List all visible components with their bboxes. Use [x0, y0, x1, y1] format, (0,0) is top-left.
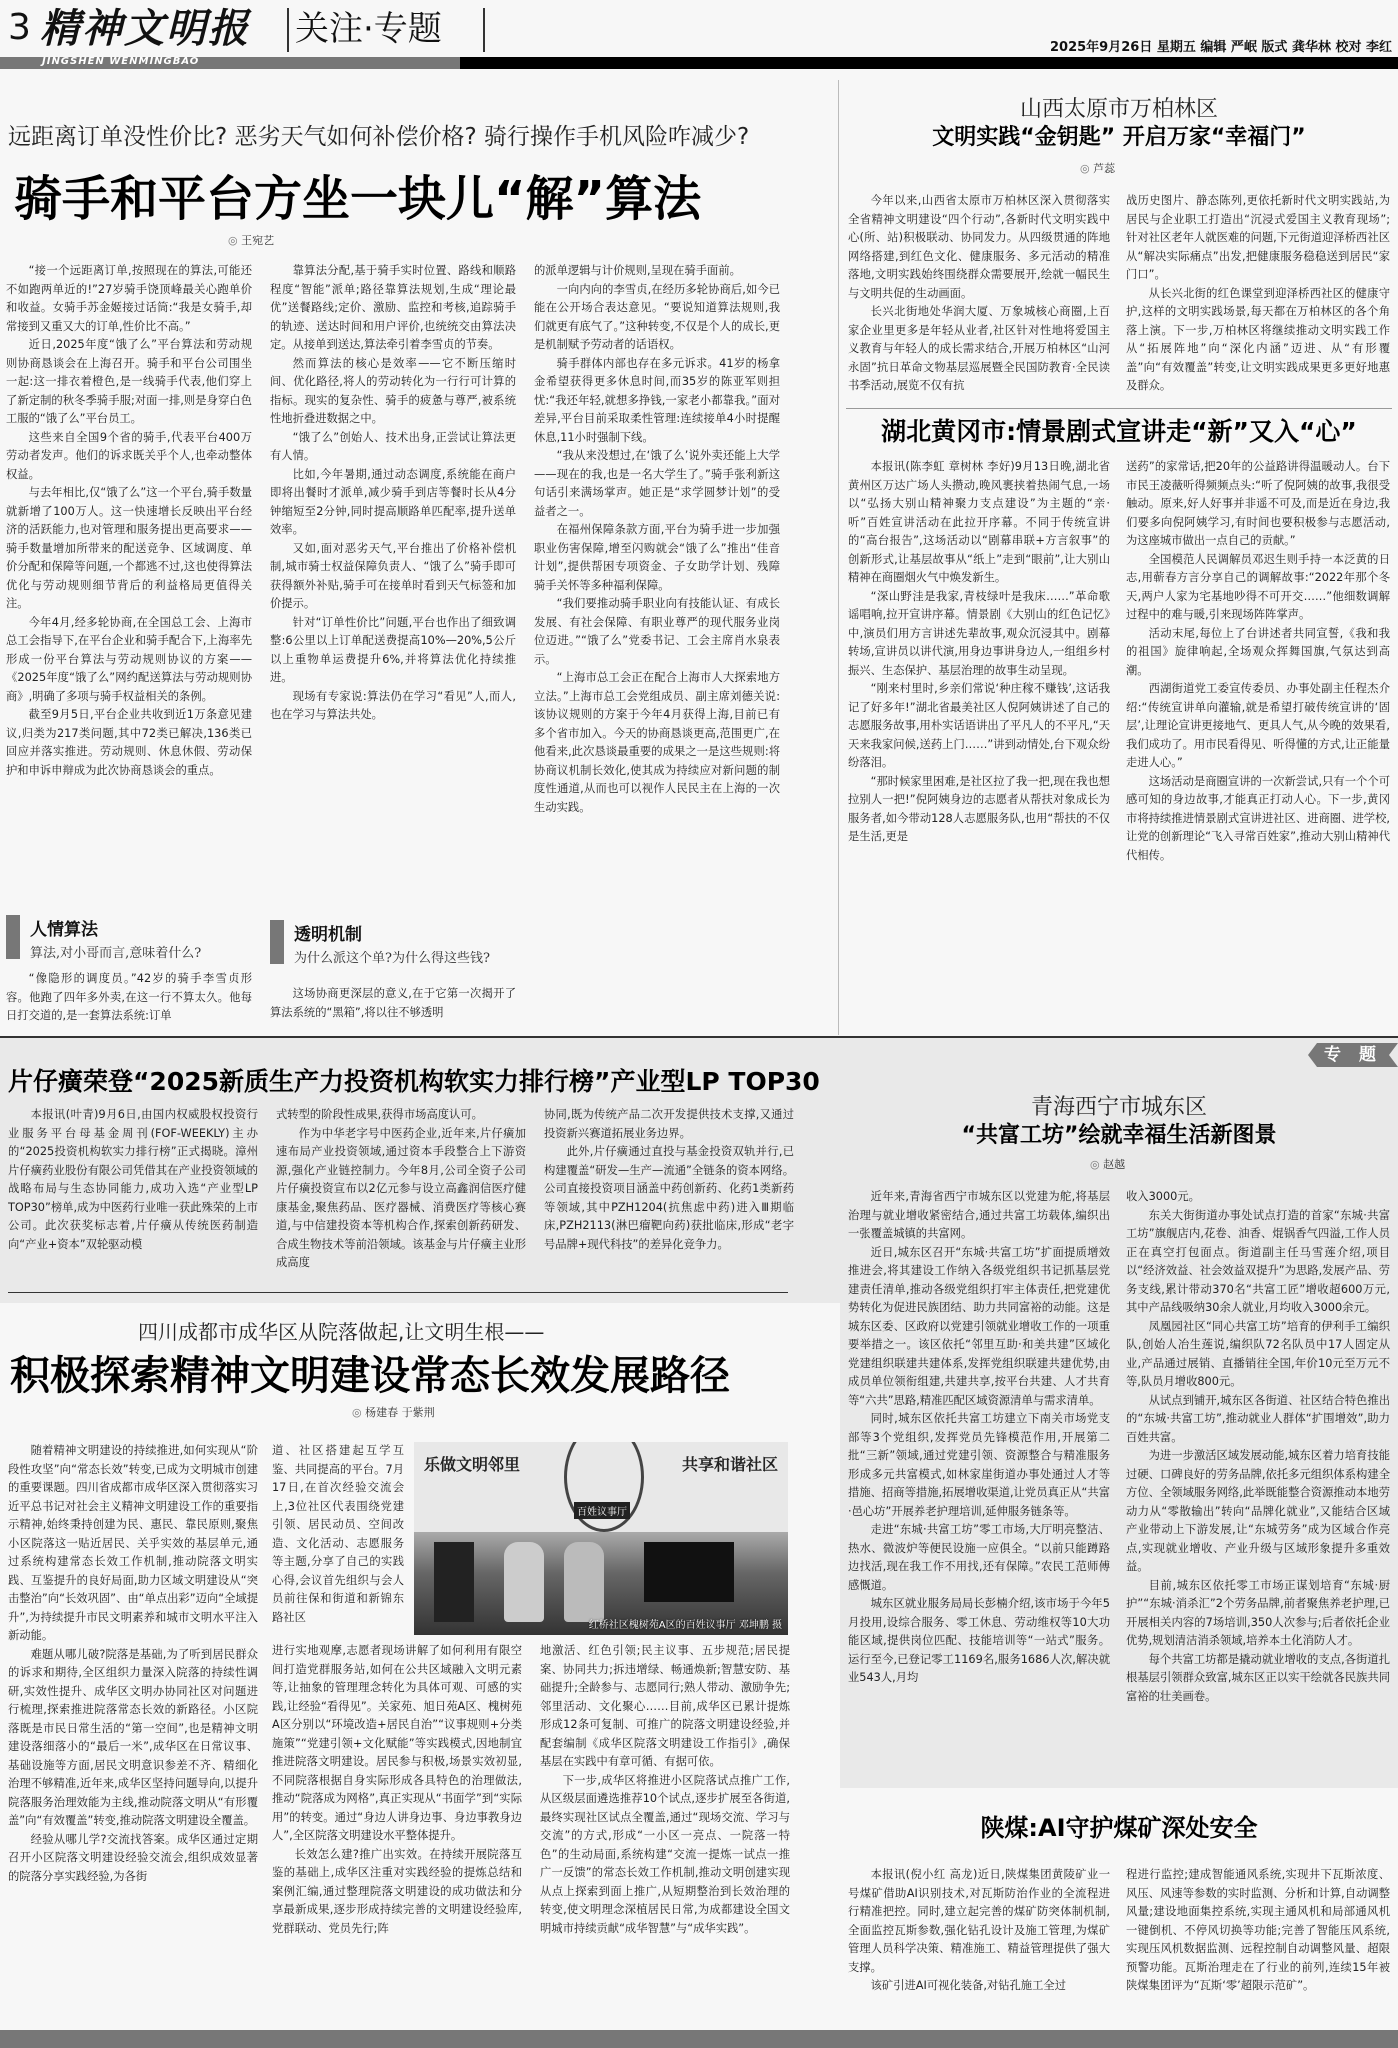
sub-heading-bar: [6, 915, 20, 959]
photo-person: [564, 1542, 604, 1622]
article-headline: “共富工坊”绘就幸福生活新图景: [840, 1118, 1398, 1149]
photo-table: [644, 1542, 734, 1602]
article-column: 的派单逻辑与计价规则,呈现在骑手面前。 一向内向的李雪贞,在经历多轮协商后,如今…: [534, 262, 780, 1027]
masthead-divider: [287, 8, 289, 52]
article-column: 今年以来,山西省太原市万柏林区深入贯彻落实全省精神文明建设“四个行动”,各新时代…: [848, 192, 1110, 404]
masthead-band: [460, 57, 1398, 69]
sub-heading: 人情算法 算法,对小哥而言,意味着什么?: [6, 915, 201, 961]
article-byline: 赵越: [1090, 1156, 1125, 1172]
article-column: 协同,既为传统产品二次开发提供技术支撑,又通过投资新兴赛道拓展业务边界。 此外,…: [544, 1106, 794, 1286]
article-byline: 杨建春 于紫荆: [352, 1404, 435, 1420]
article-column: 程进行监控;建成智能通风系统,实现井下瓦斯浓度、风压、风速等参数的实时监测、分析…: [1126, 1866, 1390, 2026]
article-headline: 骑手和平台方坐一块儿“解”算法: [14, 160, 701, 229]
section-divider: [846, 408, 1392, 409]
article-column: 这场协商更深层的意义,在于它第一次揭开了算法系统的“黑箱”,将以往不够透明: [270, 985, 516, 1027]
article-byline: 芦蕊: [1080, 160, 1115, 176]
article-kicker: 山西太原市万柏林区: [840, 92, 1398, 123]
footer-band: [0, 2030, 1398, 2048]
page-number: 3: [8, 4, 31, 52]
column-divider: [838, 80, 839, 1035]
article-column: 地激活、红色引领;民主议事、五步规范;居民提案、协同共力;拆违增绿、畅通焕新;智…: [540, 1642, 790, 2022]
photo-sign-left: 乐做文明邻里: [424, 1452, 520, 1475]
article-column: 近年来,青海省西宁市城东区以党建为舵,将基层治理与就业增收紧密结合,通过共富工坊…: [848, 1188, 1110, 1780]
article-column: 本报讯(叶青)9月6日,由国内权威股权投资行业服务平台母基金周刊(FOF-WEE…: [8, 1106, 258, 1286]
photo-sign-right: 共享和谐社区: [682, 1452, 778, 1475]
article-column: “像隐形的调度员。”42岁的骑手李雪贞形容。他跑了四年多外卖,在这一行不算太久。…: [6, 970, 252, 1026]
article-headline: 积极探索精神文明建设常态长效发展路径: [10, 1344, 730, 1401]
article-column: 本报讯(陈李虹 章树林 李好)9月13日晚,湖北省黄州区万达广场人头攒动,晚风裹…: [848, 458, 1110, 1028]
article-column: “接一个远距离订单,按照现在的算法,可能还不如跑两单近的!”27岁骑手饶顶峰最关…: [6, 262, 252, 897]
masthead-divider: [483, 8, 485, 52]
photo-chair: [434, 1542, 474, 1622]
article-column: 战历史图片、静态陈列,更依托新时代文明实践站,为居民与企业职工打造出“沉浸式爱国…: [1126, 192, 1390, 404]
news-photo: 乐做文明邻里 共享和谐社区 百姓议事厅 红桥社区槐树苑A区的百姓议事厅 邓坤鹏 …: [414, 1442, 788, 1635]
article-headline: 文明实践“金钥匙” 开启万家“幸福门”: [840, 120, 1398, 151]
article-byline: 王宛艺: [228, 232, 274, 248]
paper-logo: 精神文明报: [40, 4, 250, 54]
photo-sign-center: 百姓议事厅: [574, 1502, 630, 1519]
section-title: 关注·专题: [295, 6, 442, 52]
sub-heading-bar: [270, 920, 284, 964]
article-column: 道、社区搭建起互学互鉴、共同提高的平台。7月17日,在首次经验交流会上,3位社区…: [272, 1442, 404, 1638]
article-column: 送药”的家常话,把20年的公益路讲得温暖动人。台下市民王凌薇听得频频点头:“听了…: [1126, 458, 1390, 1028]
article-headline: 片仔癀荣登“2025新质生产力投资机构软实力排行榜”产业型LP TOP30: [8, 1062, 820, 1098]
photo-caption: 红桥社区槐树苑A区的百姓议事厅 邓坤鹏 摄: [589, 1616, 782, 1631]
article-column: 收入3000元。 东关大街街道办事处试点打造的首家“东城·共富工坊”旗舰店内,花…: [1126, 1188, 1390, 1780]
issue-date-credits: 2025年9月26日 星期五 编辑 严岷 版式 龚华林 校对 李红: [1050, 36, 1392, 55]
article-headline: 陕煤:AI守护煤矿深处安全: [840, 1808, 1398, 1843]
sub-heading: 透明机制 为什么派这个单?为什么得这些钱?: [270, 920, 490, 966]
section-divider: [8, 1292, 788, 1293]
article-column: 随着精神文明建设的持续推进,如何实现从“阶段性攻坚”向“常态长效”转变,已成为文…: [8, 1442, 258, 2022]
article-column: 靠算法分配,基于骑手实时位置、路线和顺路程度“智能”派单;路径靠算法规划,生成“…: [270, 262, 516, 902]
special-topic-tag: 专 题: [1308, 1043, 1398, 1067]
paper-pinyin: JINGSHEN WENMINGBAO: [42, 56, 199, 67]
article-kicker: 四川成都市成华区从院落做起,让文明生根——: [138, 1316, 544, 1345]
article-kicker: 远距离订单没性价比? 恶劣天气如何补偿价格? 骑行操作手机风险咋减少?: [8, 118, 749, 151]
article-column: 进行实地观摩,志愿者现场讲解了如何利用有限空间打造党群服务站,如何在公共区域融入…: [272, 1642, 522, 2022]
photo-person: [504, 1542, 544, 1622]
article-column: 本报讯(倪小红 高龙)近日,陕煤集团黄陵矿业一号煤矿借助AI识别技术,对瓦斯防治…: [848, 1866, 1110, 2026]
article-headline: 湖北黄冈市:情景剧式宣讲走“新”又入“心”: [840, 412, 1398, 448]
article-column: 式转型的阶段性成果,获得市场高度认可。 作为中华老字号中医药企业,近年来,片仔癀…: [276, 1106, 526, 1286]
article-kicker: 青海西宁市城东区: [840, 1090, 1398, 1121]
